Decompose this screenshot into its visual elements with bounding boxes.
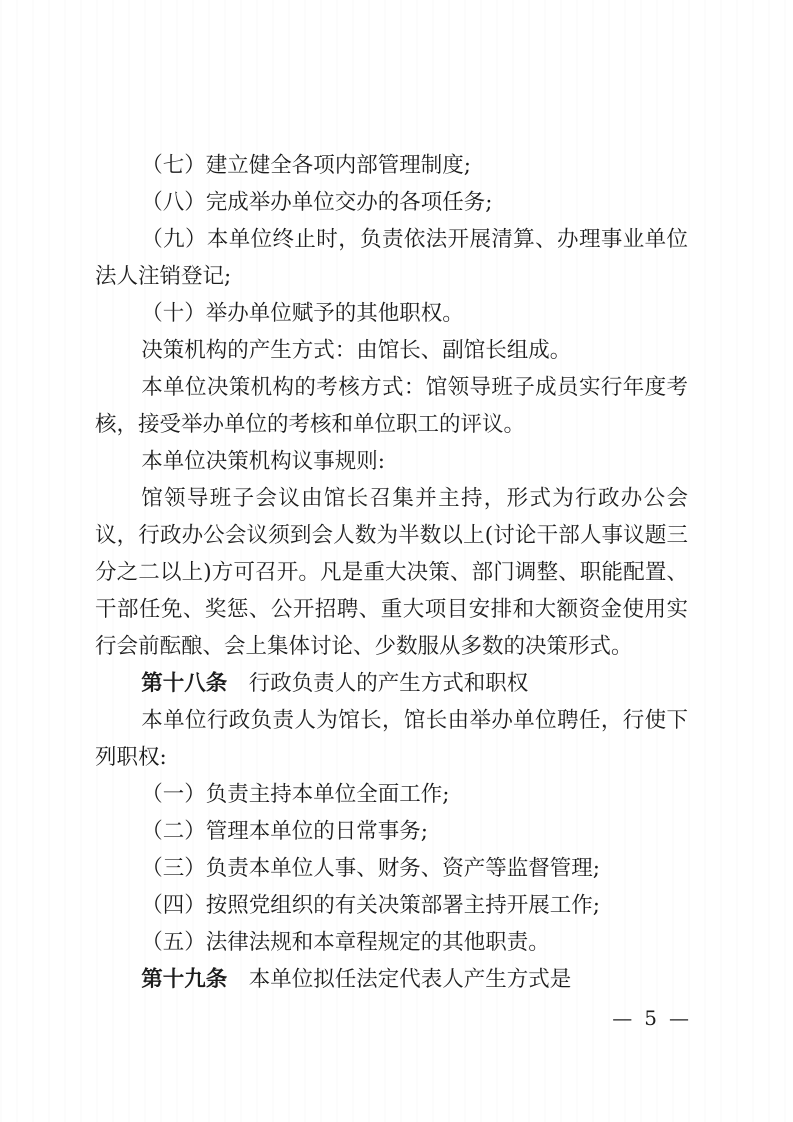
duty-item-3: （三）负责本单位人事、财务、资产等监督管理;: [95, 850, 688, 887]
paragraph-meeting-rules: 馆领导班子会议由馆长召集并主持，形式为行政办公会议，行政办公会议须到会人数为半数…: [95, 480, 688, 665]
document-body: （七）建立健全各项内部管理制度; （八）完成举办单位交办的各项任务; （九）本单…: [95, 147, 688, 998]
clause-item-10: （十）举办单位赋予的其他职权。: [95, 295, 688, 332]
document-page: （七）建立健全各项内部管理制度; （八）完成举办单位交办的各项任务; （九）本单…: [0, 0, 793, 1122]
article-18-heading: 第十八条 行政负责人的产生方式和职权: [95, 665, 688, 702]
duty-item-2: （二）管理本单位的日常事务;: [95, 813, 688, 850]
footer-dash-left: —: [612, 1003, 633, 1033]
clause-item-8: （八）完成举办单位交办的各项任务;: [95, 184, 688, 221]
paragraph-decision-body-formation: 决策机构的产生方式：由馆长、副馆长组成。: [95, 332, 688, 369]
article-19-heading: 第十九条 本单位拟任法定代表人产生方式是: [95, 961, 688, 998]
clause-item-9: （九）本单位终止时，负责依法开展清算、办理事业单位法人注销登记;: [95, 221, 688, 295]
duty-item-1: （一）负责主持本单位全面工作;: [95, 776, 688, 813]
article-19-number: 第十九条: [141, 967, 227, 992]
duty-item-5: （五）法律法规和本章程规定的其他职责。: [95, 924, 688, 961]
duty-item-4: （四）按照党组织的有关决策部署主持开展工作;: [95, 887, 688, 924]
page-footer: —5—: [612, 1003, 690, 1033]
paragraph-decision-body-assessment: 本单位决策机构的考核方式：馆领导班子成员实行年度考核，接受举办单位的考核和单位职…: [95, 369, 688, 443]
article-19-title: 本单位拟任法定代表人产生方式是: [227, 967, 571, 992]
clause-item-7: （七）建立健全各项内部管理制度;: [95, 147, 688, 184]
page-number: 5: [644, 1003, 658, 1033]
footer-dash-right: —: [669, 1003, 690, 1033]
paragraph-decision-body-rules-label: 本单位决策机构议事规则:: [95, 443, 688, 480]
article-18-number: 第十八条: [141, 671, 227, 696]
paragraph-admin-head-appointment: 本单位行政负责人为馆长，馆长由举办单位聘任，行使下列职权:: [95, 702, 688, 776]
article-18-title: 行政负责人的产生方式和职权: [227, 671, 528, 696]
